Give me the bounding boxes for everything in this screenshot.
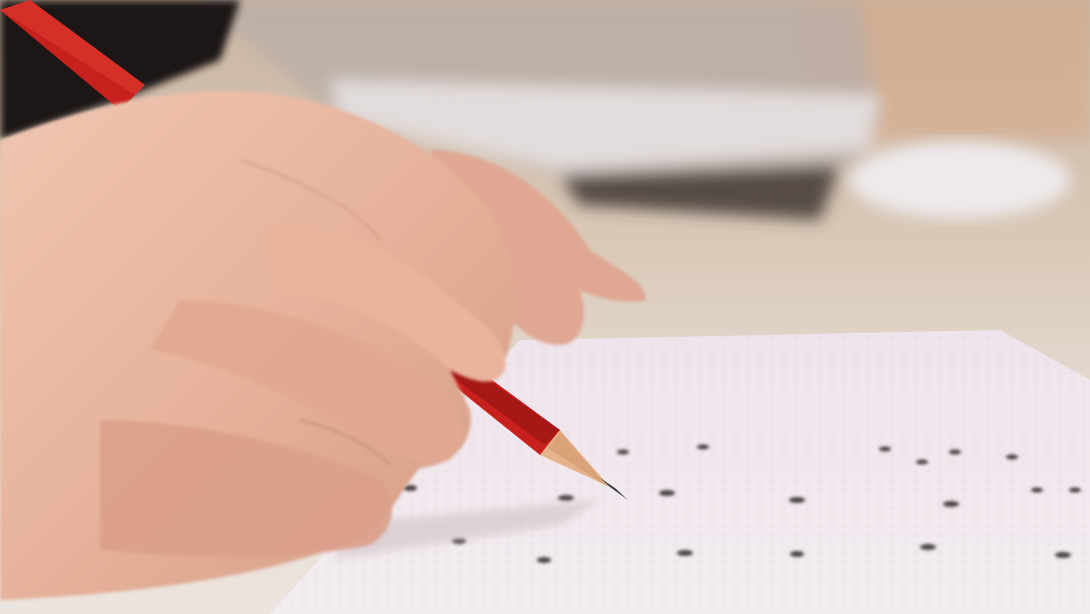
blurred-mouse	[850, 142, 1070, 218]
photo-scene	[0, 0, 1090, 614]
answer-sheet-photo	[0, 0, 1090, 614]
